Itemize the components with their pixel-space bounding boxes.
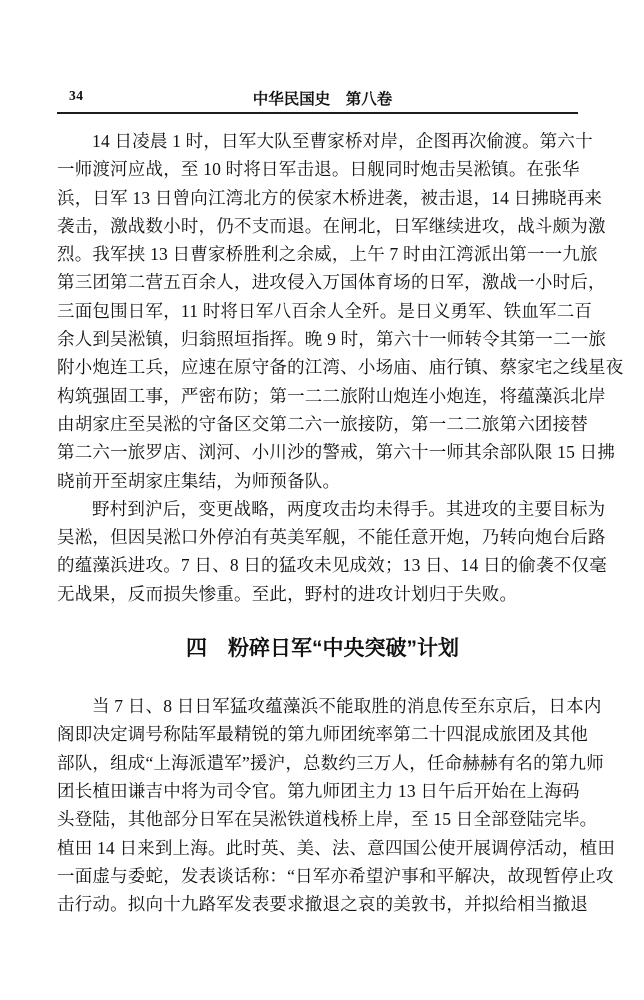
text-line: 植田 14 日来到上海。此时英、美、法、意四国公使开展调停活动，植田 — [57, 834, 588, 862]
body-text: 14 日凌晨 1 时，日军大队至曹家桥对岸，企图再次偷渡。第六十一师渡河应战，至… — [57, 127, 588, 918]
text-line: 的蕴藻浜进攻。7 日、8 日的猛攻未见成效；13 日、14 日的偷袭不仅毫 — [57, 551, 588, 579]
text-line: 由胡家庄至吴淞的守备区交第二六一旅接防，第一二二旅第六团接替 — [57, 410, 588, 438]
text-line: 当 7 日、8 日日军猛攻蕴藻浜不能取胜的消息传至东京后，日本内 — [57, 692, 588, 720]
text-line: 头登陆，其他部分日军在吴淞铁道栈桥上岸，至 15 日全部登陆完毕。 — [57, 805, 588, 833]
section-title: 粉碎日军“中央突破”计划 — [228, 637, 459, 660]
text-line: 三面包围日军，11 时将日军八百余人全歼。是日义勇军、铁血军二百 — [57, 297, 588, 325]
text-line: 击行动。拟向十九路军发表要求撤退之哀的美敦书，并拟给相当撤退 — [57, 890, 588, 918]
text-line: 阁即决定调号称陆军最精锐的第九师团统率第二十四混成旅团及其他 — [57, 720, 588, 748]
text-line: 14 日凌晨 1 时，日军大队至曹家桥对岸，企图再次偷渡。第六十 — [57, 127, 588, 155]
page-number: 34 — [69, 88, 84, 104]
text-line: 晓前开至胡家庄集结，为师预备队。 — [57, 467, 588, 495]
text-line: 第二六一旅罗店、浏河、小川沙的警戒，第六十一师其余部队限 15 日拂 — [57, 438, 588, 466]
paragraph-1: 14 日凌晨 1 时，日军大队至曹家桥对岸，企图再次偷渡。第六十一师渡河应战，至… — [57, 127, 588, 495]
text-line: 吴淞，但因吴淞口外停泊有英美军舰，不能任意开炮，乃转向炮台后路 — [57, 523, 588, 551]
text-line: 浜，日军 13 日曾向江湾北方的侯家木桥进袭，被击退，14 日拂晓再来 — [57, 184, 588, 212]
text-line: 一师渡河应战，至 10 时将日军击退。日舰同时炮击吴淞镇。在张华 — [57, 155, 588, 183]
text-line: 团长植田谦吉中将为司令官。第九师团主力 13 日午后开始在上海码 — [57, 777, 588, 805]
header-rule — [57, 112, 578, 114]
text-line: 部队，组成“上海派遣军”援沪，总数约三万人，任命赫赫有名的第九师 — [57, 749, 588, 777]
running-header: 34 中华民国史 第八卷 — [57, 86, 588, 106]
text-block: 34 中华民国史 第八卷 14 日凌晨 1 时，日军大队至曹家桥对岸，企图再次偷… — [57, 86, 588, 918]
running-head-title: 中华民国史 第八卷 — [253, 87, 393, 109]
text-line: 袭击，激战数小时，仍不支而退。在闸北，日军继续进攻，战斗颇为激 — [57, 212, 588, 240]
text-line: 无战果，反而损失惨重。至此，野村的进攻计划归于失败。 — [57, 580, 588, 608]
paragraph-3: 当 7 日、8 日日军猛攻蕴藻浜不能取胜的消息传至东京后，日本内阁即决定调号称陆… — [57, 692, 588, 918]
text-line: 第三团第二营五百余人，进攻侵入万国体育场的日军，激战一小时后， — [57, 268, 588, 296]
text-line: 野村到沪后，变更战略，两度攻击均未得手。其进攻的主要目标为 — [57, 495, 588, 523]
section-heading: 四粉碎日军“中央突破”计划 — [57, 634, 588, 664]
book-page: 34 中华民国史 第八卷 14 日凌晨 1 时，日军大队至曹家桥对岸，企图再次偷… — [0, 0, 644, 1000]
section-number: 四 — [186, 637, 207, 660]
text-line: 一面虚与委蛇，发表谈话称：“日军亦希望沪事和平解决，故现暂停止攻 — [57, 862, 588, 890]
text-line: 附小炮连工兵，应速在原守备的江湾、小场庙、庙行镇、蔡家宅之线星夜 — [57, 353, 588, 381]
text-line: 烈。我军挟 13 日曹家桥胜利之余威，上午 7 时由江湾派出第一一九旅 — [57, 240, 588, 268]
text-line: 余人到吴淞镇，归翁照垣指挥。晚 9 时，第六十一师转令其第一二一旅 — [57, 325, 588, 353]
text-line: 构筑强固工事，严密布防；第一二二旅附山炮连小炮连，将蕴藻浜北岸 — [57, 382, 588, 410]
paragraph-2: 野村到沪后，变更战略，两度攻击均未得手。其进攻的主要目标为吴淞，但因吴淞口外停泊… — [57, 495, 588, 608]
